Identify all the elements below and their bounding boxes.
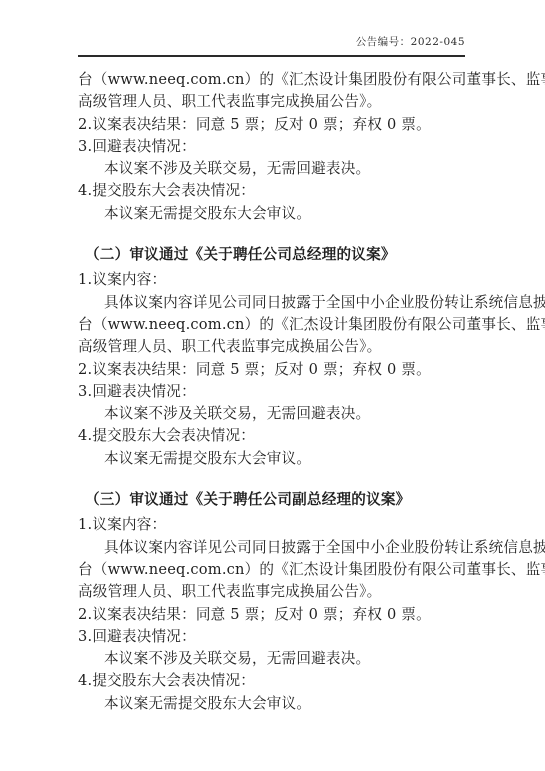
- header-divider-line: [78, 55, 465, 57]
- text-line: 本议案无需提交股东大会审议。: [78, 448, 465, 470]
- text-line: 具体议案内容详见公司同日披露于全国中小企业股份转让系统信息披露平: [78, 292, 465, 314]
- text-line: 台（www.neeq.com.cn）的《汇杰设计集团股份有限公司董事长、监事会主…: [78, 69, 465, 91]
- resolution-section: 台（www.neeq.com.cn）的《汇杰设计集团股份有限公司董事长、监事会主…: [78, 69, 465, 225]
- section-heading: （二）审议通过《关于聘任公司总经理的议案》: [78, 244, 465, 266]
- text-line: 本议案不涉及关联交易，无需回避表决。: [78, 403, 465, 425]
- text-line: 台（www.neeq.com.cn）的《汇杰设计集团股份有限公司董事长、监事会主…: [78, 314, 465, 336]
- text-line: 本议案不涉及关联交易，无需回避表决。: [78, 158, 465, 180]
- text-line: 3.回避表决情况：: [78, 136, 465, 158]
- text-line: 本议案无需提交股东大会审议。: [78, 693, 465, 715]
- text-line: 1.议案内容：: [78, 514, 465, 536]
- text-line: 2.议案表决结果：同意 5 票；反对 0 票；弃权 0 票。: [78, 114, 465, 136]
- text-line: 4.提交股东大会表决情况：: [78, 425, 465, 447]
- text-line: 具体议案内容详见公司同日披露于全国中小企业股份转让系统信息披露平: [78, 537, 465, 559]
- document-body: 台（www.neeq.com.cn）的《汇杰设计集团股份有限公司董事长、监事会主…: [78, 69, 465, 715]
- section-heading: （三）审议通过《关于聘任公司副总经理的议案》: [78, 489, 465, 511]
- text-line: 台（www.neeq.com.cn）的《汇杰设计集团股份有限公司董事长、监事会主…: [78, 559, 465, 581]
- document-page: 公告编号：2022-045 台（www.neeq.com.cn）的《汇杰设计集团…: [0, 0, 545, 771]
- text-line: 本议案不涉及关联交易，无需回避表决。: [78, 648, 465, 670]
- text-line: 3.回避表决情况：: [78, 626, 465, 648]
- text-line: 2.议案表决结果：同意 5 票；反对 0 票；弃权 0 票。: [78, 359, 465, 381]
- resolution-section: （二）审议通过《关于聘任公司总经理的议案》1.议案内容：具体议案内容详见公司同日…: [78, 244, 465, 470]
- text-line: 高级管理人员、职工代表监事完成换届公告》。: [78, 91, 465, 113]
- announcement-number: 公告编号：2022-045: [78, 36, 465, 48]
- text-line: 4.提交股东大会表决情况：: [78, 670, 465, 692]
- text-line: 2.议案表决结果：同意 5 票；反对 0 票；弃权 0 票。: [78, 604, 465, 626]
- resolution-section: （三）审议通过《关于聘任公司副总经理的议案》1.议案内容：具体议案内容详见公司同…: [78, 489, 465, 715]
- text-line: 高级管理人员、职工代表监事完成换届公告》。: [78, 336, 465, 358]
- text-line: 高级管理人员、职工代表监事完成换届公告》。: [78, 581, 465, 603]
- text-line: 3.回避表决情况：: [78, 381, 465, 403]
- text-line: 本议案无需提交股东大会审议。: [78, 203, 465, 225]
- text-line: 4.提交股东大会表决情况：: [78, 180, 465, 202]
- text-line: 1.议案内容：: [78, 269, 465, 291]
